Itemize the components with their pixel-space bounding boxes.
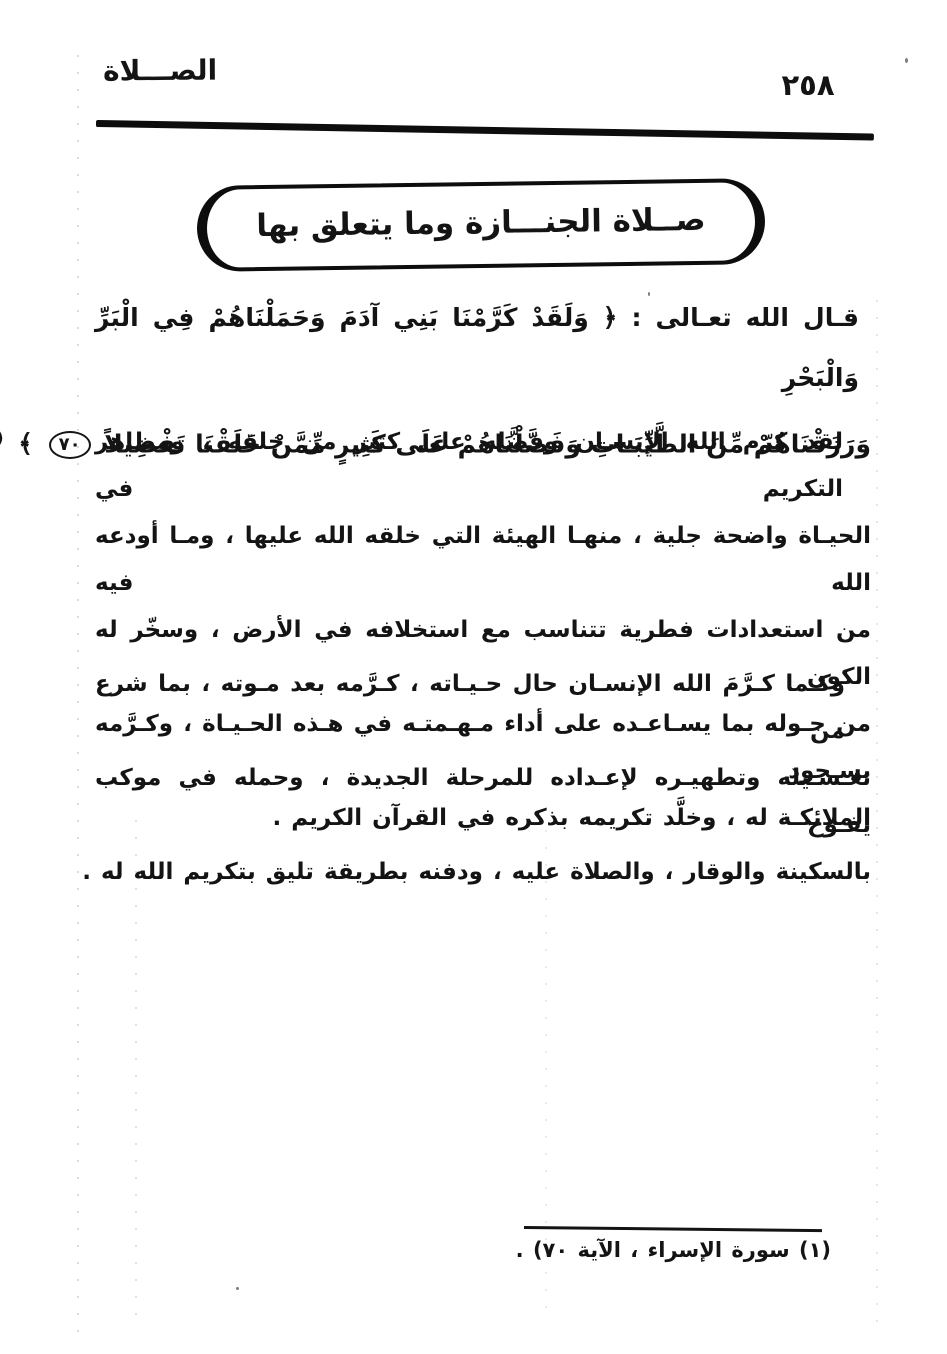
commentary-paragraph-2: وكـما كـرَّمَ الله الإنسـان حال حـيـاته …: [95, 661, 871, 896]
verse-line-1: قـال الله تعـالى : ﴿ وَلَقَدْ كَرَّمْنَا…: [95, 288, 871, 408]
footnote-text: (١) سورة الإسراء ، الآية ٧٠) .: [516, 1238, 831, 1262]
verse-number-cartouche: ٧٠: [49, 431, 91, 459]
scan-artifact-column: [876, 300, 878, 1330]
paragraph1-line-2: الحيـاة واضحة جلية ، منهـا الهيئة التي خ…: [95, 513, 871, 607]
footnote-reference-marker: (١): [0, 429, 3, 447]
paragraph2-line-1: وكـما كـرَّمَ الله الإنسـان حال حـيـاته …: [95, 661, 871, 755]
scan-artifact-column: [77, 55, 79, 1335]
scan-speck: [905, 58, 908, 63]
footnote-separator-rule: [524, 1226, 822, 1232]
quran-closing-bracket: ﴾: [18, 429, 33, 458]
scan-speck: [236, 1287, 239, 1290]
header-rule: [96, 120, 874, 141]
chapter-title-box: صــلاة الجنـــازة وما يتعلق بها: [196, 178, 765, 272]
paragraph2-line-3: بالسكينة والوقار ، والصلاة عليه ، ودفنه …: [95, 849, 871, 896]
page-number: ٢٥٨: [768, 68, 848, 102]
chapter-title: صــلاة الجنـــازة وما يتعلق بها: [256, 202, 706, 248]
book-page-scan: الصـــلاة ٢٥٨ صــلاة الجنـــازة وما يتعل…: [0, 0, 947, 1354]
running-head-title: الصـــلاة: [103, 54, 217, 88]
paragraph2-line-2: تغـسـيله وتطهيـره لإعـداده للمرحلة الجدي…: [95, 755, 871, 849]
paragraph1-line-1: لقد كرّم الله الإنسـان وفضَّله على كثير …: [95, 419, 871, 513]
